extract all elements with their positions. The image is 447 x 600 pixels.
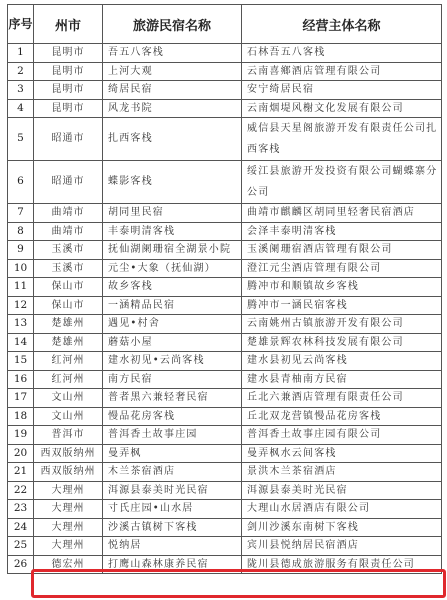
row-city: 昆明市	[34, 62, 103, 81]
row-index: 18	[8, 407, 34, 426]
row-city: 昆明市	[34, 81, 103, 100]
row-operator-name: 腾冲市一涵民宿客栈	[242, 296, 442, 315]
row-city: 大理州	[34, 518, 103, 537]
row-index: 6	[8, 161, 34, 204]
row-city: 昆明市	[34, 99, 103, 118]
row-index: 20	[8, 444, 34, 463]
row-homestay-name: 沙溪古镇树下客栈	[103, 518, 242, 537]
row-city: 玉溪市	[34, 259, 103, 278]
table-row: 23大理州寸氏庄园•山水居大理山水居酒店有限公司	[8, 500, 442, 519]
row-operator-name: 剑川沙溪东南树下客栈	[242, 518, 442, 537]
table-row: 19普洱市普洱香土故事庄园普洱香土故事庄园有限公司	[8, 426, 442, 445]
table-row: 6昭通市蝶影客栈绥江县旅游开发投资有限公司蝴蝶寨分公司	[8, 161, 442, 204]
row-index: 17	[8, 389, 34, 408]
header-city: 州市	[34, 5, 103, 44]
row-homestay-name: 寸氏庄园•山水居	[103, 500, 242, 519]
table-header-row: 序号 州市 旅游民宿名称 经营主体名称	[8, 5, 442, 44]
row-city: 曲靖市	[34, 222, 103, 241]
row-homestay-name: 故乡客栈	[103, 278, 242, 297]
table-row: 22大理州洱源县泰美时光民宿洱源县泰美时光民宿	[8, 481, 442, 500]
row-homestay-name: 抚仙湖阑珊宿全湖景小院	[103, 241, 242, 260]
row-operator-name: 云南烟堤风榭文化发展有限公司	[242, 99, 442, 118]
row-operator-name: 曲靖市麒麟区胡同里轻奢民宿酒店	[242, 204, 442, 223]
row-homestay-name: 曼弄枫	[103, 444, 242, 463]
row-city: 玉溪市	[34, 241, 103, 260]
row-operator-name: 普洱香土故事庄园有限公司	[242, 426, 442, 445]
row-index: 2	[8, 62, 34, 81]
row-operator-name: 丘北六兼酒店管理有限责任公司	[242, 389, 442, 408]
row-homestay-name: 木兰茶宿酒店	[103, 463, 242, 482]
row-city: 红河州	[34, 352, 103, 371]
row-index: 4	[8, 99, 34, 118]
row-city: 昭通市	[34, 118, 103, 161]
table-row: 15红河州建水初见•云尚客栈建水县初见云尚客栈	[8, 352, 442, 371]
table-row: 11保山市故乡客栈腾冲市和顺镇故乡客栈	[8, 278, 442, 297]
row-homestay-name: 蝶影客栈	[103, 161, 242, 204]
row-operator-name: 洱源县泰美时光民宿	[242, 481, 442, 500]
row-operator-name: 建水县青柚南方民宿	[242, 370, 442, 389]
row-operator-name: 玉溪阑珊宿酒店管理有限公司	[242, 241, 442, 260]
row-homestay-name: 洱源县泰美时光民宿	[103, 481, 242, 500]
row-index: 15	[8, 352, 34, 371]
row-operator-name: 丘北双龙营镇慢品花房客栈	[242, 407, 442, 426]
row-index: 3	[8, 81, 34, 100]
row-index: 26	[8, 555, 34, 574]
table-row: 14楚雄州蘑菇小屋楚雄景辉农林科技发展有限公司	[8, 333, 442, 352]
row-city: 文山州	[34, 407, 103, 426]
table-row: 1昆明市吾五八客栈石林吾五八客栈	[8, 44, 442, 63]
row-index: 9	[8, 241, 34, 260]
row-city: 昆明市	[34, 44, 103, 63]
row-index: 21	[8, 463, 34, 482]
table-row: 13楚雄州遇见•村舍云南姚州古镇旅游开发有限公司	[8, 315, 442, 334]
table-row: 5昭通市扎西客栈威信县天星阁旅游开发有限责任公司扎西客栈	[8, 118, 442, 161]
row-operator-name: 绥江县旅游开发投资有限公司蝴蝶寨分公司	[242, 161, 442, 204]
table-row: 25大理州悦纳居宾川县悦纳居民宿酒店	[8, 537, 442, 556]
row-index: 14	[8, 333, 34, 352]
row-homestay-name: 南方民宿	[103, 370, 242, 389]
row-homestay-name: 上河大观	[103, 62, 242, 81]
row-homestay-name: 普者黑六兼轻奢民宿	[103, 389, 242, 408]
row-homestay-name: 元尘•大象（抚仙湖）	[103, 259, 242, 278]
header-index: 序号	[8, 5, 34, 44]
row-city: 红河州	[34, 370, 103, 389]
row-city: 大理州	[34, 537, 103, 556]
row-city: 昭通市	[34, 161, 103, 204]
row-operator-name: 澄江元尘酒店管理有限公司	[242, 259, 442, 278]
row-city: 保山市	[34, 278, 103, 297]
row-city: 德宏州	[34, 555, 103, 574]
row-index: 24	[8, 518, 34, 537]
row-homestay-name: 慢品花房客栈	[103, 407, 242, 426]
row-operator-name: 腾冲市和顺镇故乡客栈	[242, 278, 442, 297]
row-operator-name: 云南喜鄉酒店管理有限公司	[242, 62, 442, 81]
row-city: 保山市	[34, 296, 103, 315]
table-row: 9玉溪市抚仙湖阑珊宿全湖景小院玉溪阑珊宿酒店管理有限公司	[8, 241, 442, 260]
row-city: 普洱市	[34, 426, 103, 445]
table-row: 17文山州普者黑六兼轻奢民宿丘北六兼酒店管理有限责任公司	[8, 389, 442, 408]
row-operator-name: 景洪木兰茶宿酒店	[242, 463, 442, 482]
table-row: 21西双版纳州木兰茶宿酒店景洪木兰茶宿酒店	[8, 463, 442, 482]
row-index: 19	[8, 426, 34, 445]
row-city: 楚雄州	[34, 333, 103, 352]
row-operator-name: 建水县初见云尚客栈	[242, 352, 442, 371]
row-operator-name: 陇川县德成旅游服务有限责任公司	[242, 555, 442, 574]
row-index: 10	[8, 259, 34, 278]
row-operator-name: 曼弄枫水云间客栈	[242, 444, 442, 463]
row-homestay-name: 胡同里民宿	[103, 204, 242, 223]
header-operator-name: 经营主体名称	[242, 5, 442, 44]
row-homestay-name: 遇见•村舍	[103, 315, 242, 334]
row-index: 23	[8, 500, 34, 519]
table-row: 7曲靖市胡同里民宿曲靖市麒麟区胡同里轻奢民宿酒店	[8, 204, 442, 223]
table-row: 16红河州南方民宿建水县青柚南方民宿	[8, 370, 442, 389]
row-index: 25	[8, 537, 34, 556]
row-homestay-name: 丰泰明清客栈	[103, 222, 242, 241]
table-row: 20西双版纳州曼弄枫曼弄枫水云间客栈	[8, 444, 442, 463]
row-index: 1	[8, 44, 34, 63]
table-row: 2昆明市上河大观云南喜鄉酒店管理有限公司	[8, 62, 442, 81]
row-homestay-name: 打鹰山森林康养民宿	[103, 555, 242, 574]
row-index: 12	[8, 296, 34, 315]
row-city: 楚雄州	[34, 315, 103, 334]
row-index: 8	[8, 222, 34, 241]
row-operator-name: 威信县天星阁旅游开发有限责任公司扎西客栈	[242, 118, 442, 161]
row-homestay-name: 吾五八客栈	[103, 44, 242, 63]
row-index: 7	[8, 204, 34, 223]
row-city: 西双版纳州	[34, 463, 103, 482]
row-index: 16	[8, 370, 34, 389]
row-city: 大理州	[34, 500, 103, 519]
table-row: 3昆明市绮居民宿安宁绮居民宿	[8, 81, 442, 100]
row-homestay-name: 普洱香土故事庄园	[103, 426, 242, 445]
row-homestay-name: 绮居民宿	[103, 81, 242, 100]
row-homestay-name: 悦纳居	[103, 537, 242, 556]
table-row: 24大理州沙溪古镇树下客栈剑川沙溪东南树下客栈	[8, 518, 442, 537]
table-row: 26德宏州打鹰山森林康养民宿陇川县德成旅游服务有限责任公司	[8, 555, 442, 574]
row-homestay-name: 建水初见•云尚客栈	[103, 352, 242, 371]
row-operator-name: 会泽丰泰明清客栈	[242, 222, 442, 241]
homestay-list-table: 序号 州市 旅游民宿名称 经营主体名称 1昆明市吾五八客栈石林吾五八客栈2昆明市…	[7, 4, 442, 574]
row-homestay-name: 蘑菇小屋	[103, 333, 242, 352]
row-index: 11	[8, 278, 34, 297]
row-city: 大理州	[34, 481, 103, 500]
table-row: 4昆明市风龙书院云南烟堤风榭文化发展有限公司	[8, 99, 442, 118]
table-row: 12保山市一涵精品民宿腾冲市一涵民宿客栈	[8, 296, 442, 315]
row-index: 22	[8, 481, 34, 500]
row-operator-name: 安宁绮居民宿	[242, 81, 442, 100]
row-city: 曲靖市	[34, 204, 103, 223]
row-index: 5	[8, 118, 34, 161]
row-city: 西双版纳州	[34, 444, 103, 463]
row-operator-name: 宾川县悦纳居民宿酒店	[242, 537, 442, 556]
row-operator-name: 石林吾五八客栈	[242, 44, 442, 63]
header-homestay-name: 旅游民宿名称	[103, 5, 242, 44]
row-operator-name: 大理山水居酒店有限公司	[242, 500, 442, 519]
table-row: 10玉溪市元尘•大象（抚仙湖）澄江元尘酒店管理有限公司	[8, 259, 442, 278]
row-homestay-name: 一涵精品民宿	[103, 296, 242, 315]
table-row: 8曲靖市丰泰明清客栈会泽丰泰明清客栈	[8, 222, 442, 241]
row-homestay-name: 风龙书院	[103, 99, 242, 118]
row-index: 13	[8, 315, 34, 334]
table-body: 1昆明市吾五八客栈石林吾五八客栈2昆明市上河大观云南喜鄉酒店管理有限公司3昆明市…	[8, 44, 442, 574]
table-row: 18文山州慢品花房客栈丘北双龙营镇慢品花房客栈	[8, 407, 442, 426]
row-city: 文山州	[34, 389, 103, 408]
row-operator-name: 楚雄景辉农林科技发展有限公司	[242, 333, 442, 352]
row-homestay-name: 扎西客栈	[103, 118, 242, 161]
row-operator-name: 云南姚州古镇旅游开发有限公司	[242, 315, 442, 334]
